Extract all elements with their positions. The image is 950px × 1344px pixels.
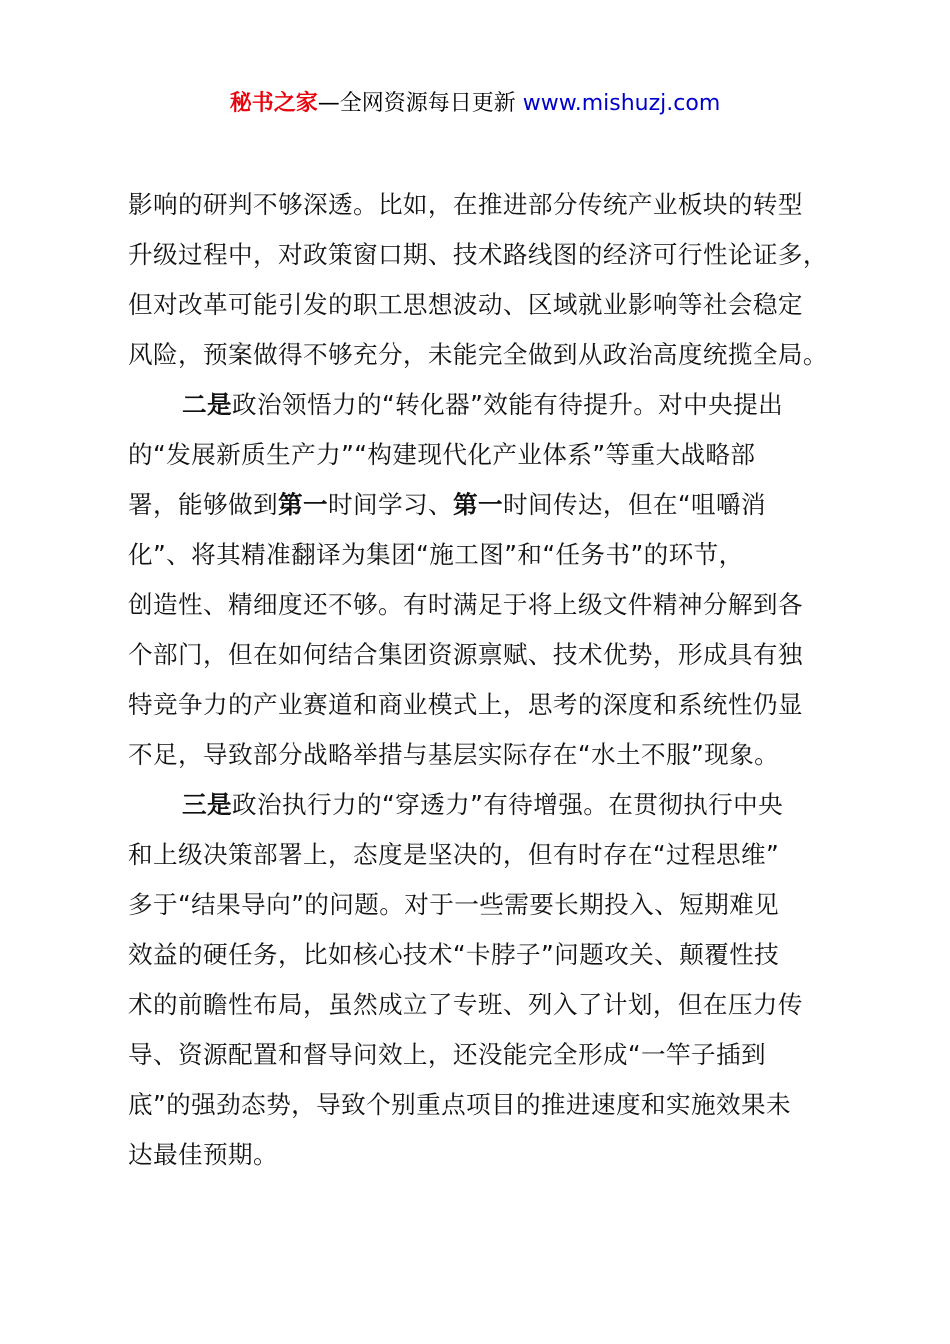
- text-line: 多于“结果导向”的问题。对于一些需要长期投入、短期难见: [128, 880, 832, 930]
- line-text: 和上级决策部署上，态度是坚决的，但有时存在“过程思维”: [128, 840, 779, 869]
- line-text: 个部门，但在如何结合集团资源禀赋、技术优势，形成具有独: [128, 640, 803, 669]
- text-line: 署，能够做到第一时间学习、第一时间传达，但在“咀嚼消: [128, 480, 832, 530]
- text-line: 升级过程中，对政策窗口期、技术路线图的经济可行性论证多，: [128, 230, 832, 280]
- line-text: 不足，导致部分战略举措与基层实际存在“水土不服”现象。: [128, 740, 779, 769]
- text-line: 底”的强劲态势，导致个别重点项目的推进速度和实施效果未: [128, 1080, 832, 1130]
- line-text: 风险，预案做得不够充分，未能完全做到从政治高度统揽全局。: [128, 340, 828, 369]
- line-text: 达最佳预期。: [128, 1140, 278, 1169]
- line-text: 署，能够做到: [128, 490, 278, 519]
- line-text: 但对改革可能引发的职工思想波动、区域就业影响等社会稳定: [128, 290, 803, 319]
- text-line: 和上级决策部署上，态度是坚决的，但有时存在“过程思维”: [128, 830, 832, 880]
- text-line: 化”、将其精准翻译为集团“施工图”和“任务书”的环节，: [128, 530, 832, 580]
- paragraph-start-line: 三是政治执行力的“穿透力”有待增强。在贯彻执行中央: [128, 780, 832, 830]
- line-text: 政治执行力的“穿透力”有待增强。在贯彻执行中央: [232, 790, 783, 819]
- line-text: 的“发展新质生产力”“构建现代化产业体系”等重大战略部: [128, 440, 755, 469]
- line-text: 导、资源配置和督导问效上，还没能完全形成“一竿子插到: [128, 1040, 766, 1069]
- brand-name: 秘书之家: [230, 91, 318, 116]
- text-line: 影响的研判不够深透。比如，在推进部分传统产业板块的转型: [128, 180, 832, 230]
- line-text: 术的前瞻性布局，虽然成立了专班、列入了计划，但在压力传: [128, 990, 803, 1019]
- text-line: 术的前瞻性布局，虽然成立了专班、列入了计划，但在压力传: [128, 980, 832, 1030]
- line-text: 升级过程中，对政策窗口期、技术路线图的经济可行性论证多，: [128, 240, 828, 269]
- line-text: 时间学习、: [328, 490, 453, 519]
- line-text: 效益的硬任务，比如核心技术“卡脖子”问题攻关、颠覆性技: [128, 940, 779, 969]
- document-body: 影响的研判不够深透。比如，在推进部分传统产业板块的转型 升级过程中，对政策窗口期…: [128, 180, 832, 1180]
- site-url-link[interactable]: www.mishuzj.com: [523, 91, 720, 116]
- text-line: 的“发展新质生产力”“构建现代化产业体系”等重大战略部: [128, 430, 832, 480]
- text-line: 导、资源配置和督导问效上，还没能完全形成“一竿子插到: [128, 1030, 832, 1080]
- bold-emphasis: 第一: [453, 490, 503, 519]
- text-line: 达最佳预期。: [128, 1130, 832, 1180]
- text-line: 不足，导致部分战略举措与基层实际存在“水土不服”现象。: [128, 730, 832, 780]
- line-text: 多于“结果导向”的问题。对于一些需要长期投入、短期难见: [128, 890, 779, 919]
- line-text: 底”的强劲态势，导致个别重点项目的推进速度和实施效果未: [128, 1090, 791, 1119]
- text-line: 但对改革可能引发的职工思想波动、区域就业影响等社会稳定: [128, 280, 832, 330]
- text-line: 效益的硬任务，比如核心技术“卡脖子”问题攻关、颠覆性技: [128, 930, 832, 980]
- site-header: 秘书之家—全网资源每日更新 www.mishuzj.com: [0, 86, 950, 122]
- paragraph-start-line: 二是政治领悟力的“转化器”效能有待提升。对中央提出: [128, 380, 832, 430]
- line-text: 影响的研判不够深透。比如，在推进部分传统产业板块的转型: [128, 190, 803, 219]
- text-line: 特竞争力的产业赛道和商业模式上，思考的深度和系统性仍显: [128, 680, 832, 730]
- bold-emphasis: 第一: [278, 490, 328, 519]
- text-line: 个部门，但在如何结合集团资源禀赋、技术优势，形成具有独: [128, 630, 832, 680]
- line-text: 化”、将其精准翻译为集团“施工图”和“任务书”的环节，: [128, 540, 744, 569]
- line-text: 创造性、精细度还不够。有时满足于将上级文件精神分解到各: [128, 590, 803, 619]
- line-text: 特竞争力的产业赛道和商业模式上，思考的深度和系统性仍显: [128, 690, 803, 719]
- line-text: 政治领悟力的“转化器”效能有待提升。对中央提出: [232, 390, 783, 419]
- text-line: 创造性、精细度还不够。有时满足于将上级文件精神分解到各: [128, 580, 832, 630]
- header-tagline: —全网资源每日更新: [318, 91, 523, 116]
- paragraph-heading: 三是: [182, 790, 232, 819]
- paragraph-heading: 二是: [182, 390, 232, 419]
- text-line: 风险，预案做得不够充分，未能完全做到从政治高度统揽全局。: [128, 330, 832, 380]
- line-text: 时间传达，但在“咀嚼消: [503, 490, 766, 519]
